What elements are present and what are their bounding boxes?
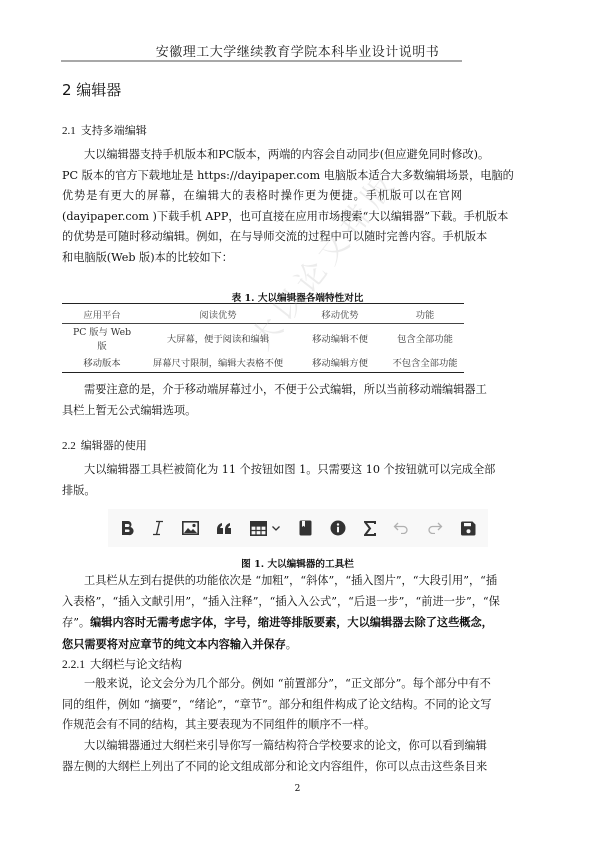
table-cell: 移动编辑不便 (294, 324, 386, 356)
text-line: 排版。 (62, 481, 462, 502)
bold-button[interactable] (120, 518, 134, 538)
text-line: 大以编辑器支持手机版本和PC版本，两端的内容会自动同步(但应避免同时修改)。 (62, 145, 462, 166)
image-icon (182, 521, 199, 535)
insert-formula-button[interactable] (364, 518, 376, 538)
undo-icon (393, 522, 409, 534)
text-line: 工具栏从左到右提供的功能依次是 “加粗”，“斜体”，“插入图片”，“大段引用”，… (62, 571, 462, 592)
text-line: 器左侧的大纲栏上列出了不同的论文组成部分和论文内容组件，你可以点击这些条目来 (62, 757, 462, 778)
bold-icon (120, 520, 134, 536)
table-cell: 不包含全部功能 (386, 356, 464, 373)
table-cell: PC 版与 Web 版 (62, 324, 142, 356)
text-line: 具栏上暂无公式编辑选项。 (62, 401, 462, 422)
section-title: 大纲栏与论文结构 (90, 657, 182, 671)
text-line: 大以编辑器工具栏被简化为 11 个按钮如图 1。只需要这 10 个按钮就可以完成… (62, 460, 462, 481)
italic-button[interactable] (152, 518, 164, 538)
text-line: 需要注意的是，介于移动端屏幕过小，不便于公式编辑，所以当前移动端编辑器工 (62, 380, 462, 401)
text-line: 入表格”，“插入文献引用”，“插入注释”，“插入入公式”，“后退一步”，“前进一… (62, 592, 462, 613)
table-cell: 大屏幕，便于阅读和编辑 (142, 324, 294, 356)
insert-citation-button[interactable] (299, 518, 312, 538)
undo-button[interactable] (393, 518, 409, 538)
table-icon (250, 521, 267, 536)
table-cell: 屏幕尺寸限制，编辑大表格不便 (142, 356, 294, 373)
insert-footnote-button[interactable] (330, 518, 346, 538)
running-header: 安徽理工大学继续教育学院本科毕业设计说明书 (0, 41, 595, 60)
text-line: 作规范会有不同的结构，其主要表现为不同组件的顺序不一样。 (62, 715, 462, 736)
section-title: 编辑器的使用 (81, 439, 147, 452)
column-header: 阅读优势 (142, 304, 294, 324)
table-cell: 移动版本 (62, 356, 142, 373)
table-caption: 表 1. 大以编辑器各端特性对比 (0, 290, 595, 304)
section-heading-2-2: 2.2编辑器的使用 (62, 437, 147, 453)
save-button[interactable] (461, 518, 476, 538)
text-line: 和电脑版(Web 版)本的比较如下： (62, 248, 462, 269)
sigma-icon (364, 521, 376, 536)
paragraph-outline-bar: 大以编辑器通过大纲栏来引导你写一篇结构符合学校要求的论文，你可以看到编辑 器左侧… (62, 736, 462, 777)
table-cell: 移动编辑方便 (294, 356, 386, 373)
table-row: PC 版与 Web 版 大屏幕，便于阅读和编辑 移动编辑不便 包含全部功能 (62, 324, 464, 356)
section-number: 2.2.1 (62, 659, 85, 671)
header-rule (61, 60, 462, 62)
chapter-title: 2 编辑器 (62, 79, 121, 100)
text-line: 您只需要将对应章节的纯文本内容输入并保存。 (62, 634, 462, 656)
insert-table-button[interactable] (250, 518, 281, 538)
table-cell: 包含全部功能 (386, 324, 464, 356)
section-title: 支持多端编辑 (81, 124, 147, 137)
italic-icon (152, 520, 164, 536)
section-number: 2.1 (62, 125, 76, 137)
table-header-row: 应用平台 阅读优势 移动优势 功能 (62, 304, 464, 324)
paragraph-thesis-structure: 一般来说，论文会分为几个部分。例如 “前置部分”，“正文部分”。每个部分中有不 … (62, 674, 462, 736)
column-header: 移动优势 (294, 304, 386, 324)
text-bold: 您只需要将对应章节的纯文本内容输入并保存 (62, 637, 286, 651)
paragraph-editor-usage: 大以编辑器工具栏被简化为 11 个按钮如图 1。只需要这 10 个按钮就可以完成… (62, 460, 462, 501)
section-number: 2.2 (62, 440, 76, 452)
text-line: 一般来说，论文会分为几个部分。例如 “前置部分”，“正文部分”。每个部分中有不 (62, 674, 462, 695)
save-icon (461, 521, 476, 536)
text-line: (dayipaper.com )下载手机 APP，也可直接在应用市场搜索“大以编… (62, 207, 462, 228)
info-icon (330, 520, 346, 536)
column-header: 功能 (386, 304, 464, 324)
table-row: 移动版本 屏幕尺寸限制，编辑大表格不便 移动编辑方便 不包含全部功能 (62, 356, 464, 373)
paragraph-mobile-note: 需要注意的是，介于移动端屏幕过小，不便于公式编辑，所以当前移动端编辑器工 具栏上… (62, 380, 462, 421)
text-normal: 。 (286, 638, 297, 651)
column-header: 应用平台 (62, 304, 142, 324)
bookmark-icon (299, 520, 312, 536)
chevron-down-icon (271, 524, 281, 532)
page-number: 2 (0, 784, 595, 794)
text-line: 大以编辑器通过大纲栏来引导你写一篇结构符合学校要求的论文，你可以看到编辑 (62, 736, 462, 757)
text-line: 同的组件，例如 “摘要”，“绪论”，“章节”。部分和组件构成了论文结构。不同的论… (62, 695, 462, 716)
section-heading-2-1: 2.1支持多端编辑 (62, 122, 147, 138)
figure-caption: 图 1. 大以编辑器的工具栏 (0, 556, 595, 570)
redo-button[interactable] (427, 518, 443, 538)
comparison-table: 应用平台 阅读优势 移动优势 功能 PC 版与 Web 版 大屏幕，便于阅读和编… (62, 303, 464, 373)
insert-image-button[interactable] (182, 518, 199, 538)
editor-toolbar-figure (108, 509, 488, 547)
paragraph-multi-platform: 大以编辑器支持手机版本和PC版本，两端的内容会自动同步(但应避免同时修改)。 P… (62, 145, 462, 268)
section-heading-2-2-1: 2.2.1大纲栏与论文结构 (62, 656, 182, 672)
text-line: 的优势是可随时移动编辑。例如，在与导师交流的过程中可以随时完善内容。手机版本 (62, 227, 462, 248)
text-bold: 编辑内容时无需考虑字体，字号，缩进等排版要素，大以编辑器去除了这些概念， (90, 615, 493, 629)
text-line: PC 版本的官方下载地址是 https://dayipaper.com 电脑版本… (62, 166, 462, 187)
text-normal: 存”。 (62, 616, 90, 629)
redo-icon (427, 522, 443, 534)
blockquote-button[interactable] (216, 518, 232, 538)
text-line: 优势是有更大的屏幕，在编辑大的表格时操作更为便捷。手机版可以在官网 (62, 186, 462, 207)
quote-icon (216, 522, 232, 534)
paragraph-toolbar-functions: 工具栏从左到右提供的功能依次是 “加粗”，“斜体”，“插入图片”，“大段引用”，… (62, 571, 462, 655)
text-line: 存”。编辑内容时无需考虑字体，字号，缩进等排版要素，大以编辑器去除了这些概念， (62, 612, 462, 634)
